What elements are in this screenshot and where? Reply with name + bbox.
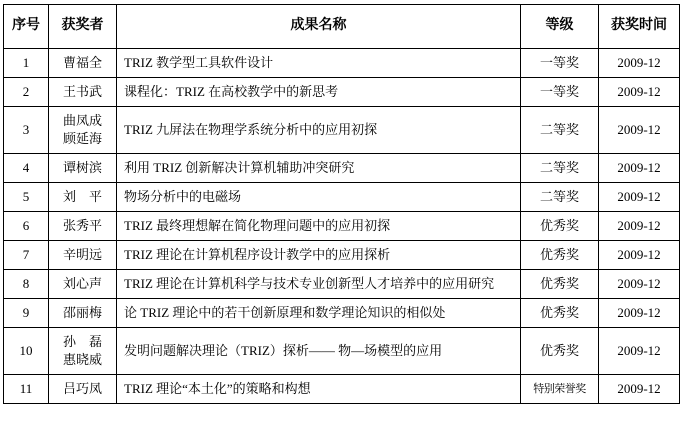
table-row: 1 曹福全 TRIZ 教学型工具软件设计 一等奖 2009-12 [4,49,680,78]
cell-grade: 优秀奖 [521,299,599,328]
table-row: 5 刘 平 物场分析中的电磁场 二等奖 2009-12 [4,183,680,212]
cell-no: 10 [4,328,49,375]
cell-grade: 二等奖 [521,154,599,183]
table-row: 6 张秀平 TRIZ 最终理想解在简化物理问题中的应用初探 优秀奖 2009-1… [4,212,680,241]
cell-date: 2009-12 [599,49,680,78]
cell-no: 1 [4,49,49,78]
cell-date: 2009-12 [599,107,680,154]
table-row: 3 曲凤成 顾延海 TRIZ 九屏法在物理学系统分析中的应用初探 二等奖 200… [4,107,680,154]
cell-grade: 二等奖 [521,183,599,212]
cell-title: 论 TRIZ 理论中的若干创新原理和数学理论知识的相似处 [117,299,521,328]
column-header-grade: 等级 [521,5,599,49]
table-row: 9 邵丽梅 论 TRIZ 理论中的若干创新原理和数学理论知识的相似处 优秀奖 2… [4,299,680,328]
cell-winner: 刘 平 [49,183,117,212]
cell-date: 2009-12 [599,183,680,212]
cell-date: 2009-12 [599,375,680,404]
cell-winner: 张秀平 [49,212,117,241]
cell-grade: 一等奖 [521,49,599,78]
cell-title: 课程化：TRIZ 在高校教学中的新思考 [117,78,521,107]
awards-table: 序号 获奖者 成果名称 等级 获奖时间 1 曹福全 TRIZ 教学型工具软件设计… [3,4,680,404]
cell-title: TRIZ 理论在计算机程序设计教学中的应用探析 [117,241,521,270]
cell-grade: 优秀奖 [521,241,599,270]
table-row: 10 孙 磊 惠晓威 发明问题解决理论（TRIZ）探析—— 物—场模型的应用 优… [4,328,680,375]
cell-winner: 谭树滨 [49,154,117,183]
table-row: 2 王书武 课程化：TRIZ 在高校教学中的新思考 一等奖 2009-12 [4,78,680,107]
cell-no: 3 [4,107,49,154]
cell-no: 7 [4,241,49,270]
cell-title: TRIZ 理论“本土化”的策略和构想 [117,375,521,404]
cell-title: TRIZ 理论在计算机科学与技术专业创新型人才培养中的应用研究 [117,270,521,299]
cell-date: 2009-12 [599,328,680,375]
cell-title: TRIZ 教学型工具软件设计 [117,49,521,78]
cell-title: 发明问题解决理论（TRIZ）探析—— 物—场模型的应用 [117,328,521,375]
table-row: 11 吕巧凤 TRIZ 理论“本土化”的策略和构想 特别荣誉奖 2009-12 [4,375,680,404]
cell-date: 2009-12 [599,154,680,183]
cell-date: 2009-12 [599,78,680,107]
cell-title: TRIZ 九屏法在物理学系统分析中的应用初探 [117,107,521,154]
cell-winner: 辛明远 [49,241,117,270]
cell-winner: 曲凤成 顾延海 [49,107,117,154]
column-header-date: 获奖时间 [599,5,680,49]
cell-no: 11 [4,375,49,404]
cell-no: 4 [4,154,49,183]
header-row: 序号 获奖者 成果名称 等级 获奖时间 [4,5,680,49]
table-row: 7 辛明远 TRIZ 理论在计算机程序设计教学中的应用探析 优秀奖 2009-1… [4,241,680,270]
cell-winner: 刘心声 [49,270,117,299]
cell-title: 利用 TRIZ 创新解决计算机辅助冲突研究 [117,154,521,183]
cell-no: 5 [4,183,49,212]
column-header-title: 成果名称 [117,5,521,49]
cell-no: 6 [4,212,49,241]
table-row: 8 刘心声 TRIZ 理论在计算机科学与技术专业创新型人才培养中的应用研究 优秀… [4,270,680,299]
cell-winner: 孙 磊 惠晓威 [49,328,117,375]
cell-no: 8 [4,270,49,299]
cell-no: 9 [4,299,49,328]
cell-grade: 二等奖 [521,107,599,154]
cell-winner: 曹福全 [49,49,117,78]
cell-date: 2009-12 [599,241,680,270]
cell-title: 物场分析中的电磁场 [117,183,521,212]
table-row: 4 谭树滨 利用 TRIZ 创新解决计算机辅助冲突研究 二等奖 2009-12 [4,154,680,183]
cell-title: TRIZ 最终理想解在简化物理问题中的应用初探 [117,212,521,241]
cell-grade: 特别荣誉奖 [521,375,599,404]
cell-winner: 邵丽梅 [49,299,117,328]
document-page: 序号 获奖者 成果名称 等级 获奖时间 1 曹福全 TRIZ 教学型工具软件设计… [0,0,683,437]
cell-date: 2009-12 [599,270,680,299]
column-header-winner: 获奖者 [49,5,117,49]
cell-grade: 优秀奖 [521,212,599,241]
cell-grade: 优秀奖 [521,270,599,299]
cell-date: 2009-12 [599,212,680,241]
cell-no: 2 [4,78,49,107]
cell-date: 2009-12 [599,299,680,328]
cell-winner: 吕巧凤 [49,375,117,404]
cell-grade: 一等奖 [521,78,599,107]
cell-grade: 优秀奖 [521,328,599,375]
column-header-no: 序号 [4,5,49,49]
cell-winner: 王书武 [49,78,117,107]
